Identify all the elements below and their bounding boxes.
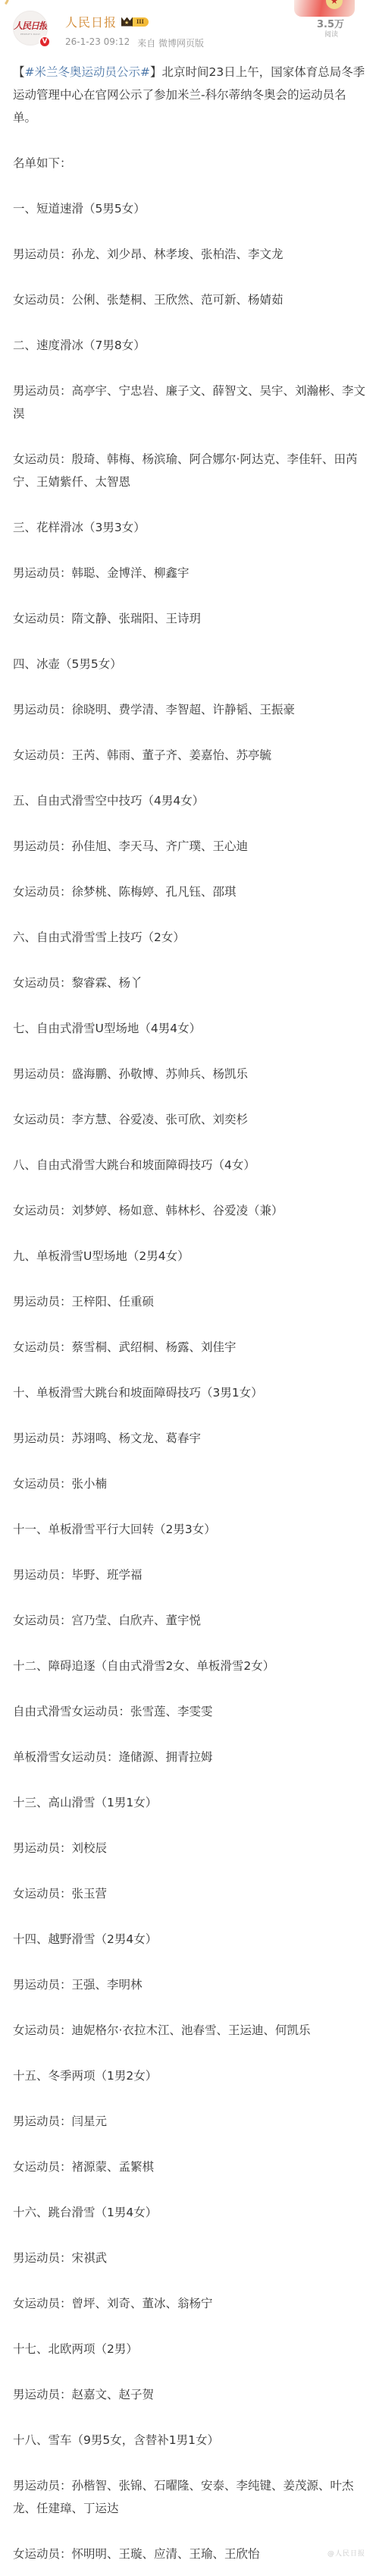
athlete-names: 隋文静、张瑞阳、王诗玥 xyxy=(72,612,202,625)
athlete-names: 韩聪、金博洋、柳鑫宇 xyxy=(72,566,189,580)
athlete-sections: 一、短道速滑（5男5女）男运动员：孙龙、刘少昂、林孝埈、张柏浩、李文龙女运动员：… xyxy=(13,197,366,2565)
athlete-group: 女运动员：怀明明、王璇、应清、王瑜、王欣怡 xyxy=(13,2543,366,2565)
author-name[interactable]: 人民日报 xyxy=(65,13,117,30)
athlete-names: 刘校辰 xyxy=(72,1841,108,1855)
athlete-group: 女运动员：张玉营 xyxy=(13,1882,366,1905)
section-title: 七、自由式滑雪U型场地（4男4女） xyxy=(13,1017,366,1040)
athlete-names: 徐晓明、费学清、李智超、许静韬、王振豪 xyxy=(72,703,296,716)
section-title: 十七、北欧两项（2男） xyxy=(13,2338,366,2360)
athlete-names: 毕野、班学福 xyxy=(72,1568,143,1582)
avatar-logo-text: 人民日报 xyxy=(14,21,47,30)
athlete-names: 徐梦桃、陈梅婷、孔凡钰、邵琪 xyxy=(72,885,236,899)
section-title: 三、花样滑冰（3男3女） xyxy=(13,516,366,539)
group-label: 男运动员： xyxy=(13,384,72,398)
athlete-names: 闫星元 xyxy=(72,2115,108,2128)
crown-icon: ★ xyxy=(121,17,133,27)
group-label: 男运动员： xyxy=(13,1978,72,1992)
avatar-subtext: PEOPLE'S DAILY xyxy=(20,33,40,36)
athlete-group: 男运动员：韩聪、金博洋、柳鑫宇 xyxy=(13,562,366,584)
athlete-names: 李方慧、谷爱凌、张可欣、刘奕杉 xyxy=(72,1113,249,1126)
section-title: 十二、障碍追逐（自由式滑雪2女、单板滑雪2女） xyxy=(13,1655,366,1677)
decorative-arc xyxy=(0,0,9,8)
group-label: 女运动员： xyxy=(13,976,72,990)
section-title: 一、短道速滑（5男5女） xyxy=(13,197,366,220)
athlete-group: 男运动员：苏翊鸣、杨文龙、葛春宇 xyxy=(13,1427,366,1450)
group-label: 男运动员： xyxy=(13,1067,72,1081)
athlete-names: 刘梦婷、杨如意、韩林杉、谷爱凌（兼） xyxy=(72,1204,283,1217)
section-title: 十一、单板滑雪平行大回转（2男3女） xyxy=(13,1518,366,1541)
athlete-group: 单板滑雪女运动员：逄储源、拥青拉姆 xyxy=(13,1746,366,1768)
group-label: 女运动员： xyxy=(13,452,72,466)
athlete-names: 孙龙、刘少昂、林孝埈、张柏浩、李文龙 xyxy=(72,247,283,261)
group-label: 自由式滑雪女运动员： xyxy=(13,1705,130,1718)
athlete-names: 宋祺武 xyxy=(72,2251,108,2265)
author-row: 人民日报 ★ III xyxy=(65,13,149,30)
group-label: 男运动员： xyxy=(13,2251,72,2265)
athlete-group: 女运动员：隋文静、张瑞阳、王诗玥 xyxy=(13,607,366,630)
athlete-names: 宫乃莹、白欣卉、董宇悦 xyxy=(72,1614,202,1627)
group-label: 女运动员： xyxy=(13,612,72,625)
athlete-group: 女运动员：褚源蒙、孟繁棋 xyxy=(13,2156,366,2178)
section-title: 二、速度滑冰（7男8女） xyxy=(13,334,366,357)
post-timestamp[interactable]: 26-1-23 09:12 xyxy=(65,36,130,49)
group-label: 女运动员： xyxy=(13,748,72,762)
athlete-names: 王芮、韩雨、董子齐、姜嘉怡、苏亭毓 xyxy=(72,748,272,762)
post-header: 人民日报 PEOPLE'S DAILY V 人民日报 ★ III 26-1-23… xyxy=(0,0,379,55)
athlete-group: 女运动员：刘梦婷、杨如意、韩林杉、谷爱凌（兼） xyxy=(13,1199,366,1222)
athlete-group: 男运动员：徐晓明、费学清、李智超、许静韬、王振豪 xyxy=(13,698,366,721)
athlete-names: 张小楠 xyxy=(72,1477,108,1491)
athlete-names: 黎睿霖、杨丫 xyxy=(72,976,143,990)
athlete-group: 女运动员：曾坪、刘奇、董冰、翁杨宁 xyxy=(13,2292,366,2315)
athlete-group: 男运动员：毕野、班学福 xyxy=(13,1564,366,1586)
athlete-names: 苏翊鸣、杨文龙、葛春宇 xyxy=(72,1431,202,1445)
group-label: 男运动员： xyxy=(13,2115,72,2128)
athlete-group: 女运动员：王芮、韩雨、董子齐、姜嘉怡、苏亭毓 xyxy=(13,744,366,767)
athlete-names: 曾坪、刘奇、董冰、翁杨宁 xyxy=(72,2297,213,2310)
section-title: 十六、跳台滑雪（1男4女） xyxy=(13,2201,366,2224)
list-heading: 名单如下： xyxy=(13,152,366,175)
bracket-close: 】 xyxy=(150,65,162,79)
group-label: 女运动员： xyxy=(13,293,72,307)
group-label: 女运动员： xyxy=(13,1477,72,1491)
athlete-group: 女运动员：徐梦桃、陈梅婷、孔凡钰、邵琪 xyxy=(13,880,366,903)
athlete-names: 王梓阳、任重硕 xyxy=(72,1295,155,1308)
section-title: 十四、越野滑雪（2男4女） xyxy=(13,1928,366,1951)
post-intro: 【#米兰冬奥运动员公示#】北京时间23日上午，国家体育总局冬季运动管理中心在官网… xyxy=(13,61,366,129)
banner-decoration xyxy=(294,0,355,17)
section-title: 十三、高山滑雪（1男1女） xyxy=(13,1791,366,1814)
group-label: 男运动员： xyxy=(13,566,72,580)
athlete-group: 男运动员：宋祺武 xyxy=(13,2247,366,2269)
athlete-names: 王强、李明林 xyxy=(72,1978,143,1992)
athlete-group: 男运动员：孙龙、刘少昂、林孝埈、张柏浩、李文龙 xyxy=(13,243,366,266)
group-label: 女运动员： xyxy=(13,2160,72,2174)
section-title: 九、单板滑雪U型场地（2男4女） xyxy=(13,1245,366,1268)
group-label: 女运动员： xyxy=(13,885,72,899)
athlete-group: 男运动员：孙佳旭、李天马、齐广璞、王心迪 xyxy=(13,835,366,858)
group-label: 男运动员： xyxy=(13,1295,72,1308)
athlete-group: 女运动员：张小楠 xyxy=(13,1472,366,1495)
athlete-group: 女运动员：公俐、张楚桐、王欣然、范可新、杨婧茹 xyxy=(13,288,366,311)
section-title: 八、自由式滑雪大跳台和坡面障碍技巧（4女） xyxy=(13,1154,366,1176)
athlete-group: 自由式滑雪女运动员：张雪莲、李雯雯 xyxy=(13,1700,366,1723)
section-title: 五、自由式滑雪空中技巧（4男4女） xyxy=(13,789,366,812)
section-title: 十五、冬季两项（1男2女） xyxy=(13,2064,366,2087)
read-count-card: ★ 3.5万 阅读 xyxy=(279,0,355,39)
avatar[interactable]: 人民日报 PEOPLE'S DAILY V xyxy=(13,11,48,46)
athlete-group: 女运动员：黎睿霖、杨丫 xyxy=(13,972,366,994)
athlete-group: 女运动员：蔡雪桐、武绍桐、杨露、刘佳宇 xyxy=(13,1336,366,1359)
section-title: 十、单板滑雪大跳台和坡面障碍技巧（3男1女） xyxy=(13,1381,366,1404)
athlete-names: 赵嘉文、赵子贺 xyxy=(72,2388,155,2401)
athlete-group: 男运动员：高亭宇、宁忠岩、廉子文、薛智文、吴宇、刘瀚彬、李文淏 xyxy=(13,379,366,425)
athlete-names: 盛海鹏、孙敬博、苏帅兵、杨凯乐 xyxy=(72,1067,249,1081)
athlete-names: 孙佳旭、李天马、齐广璞、王心迪 xyxy=(72,839,249,853)
athlete-group: 女运动员：殷琦、韩梅、杨滨瑜、阿合娜尔·阿达克、李佳轩、田芮宁、王婧紫仟、太智恩 xyxy=(13,448,366,493)
group-label: 女运动员： xyxy=(13,2297,72,2310)
weibo-post: 人民日报 PEOPLE'S DAILY V 人民日报 ★ III 26-1-23… xyxy=(0,0,379,2576)
group-label: 男运动员： xyxy=(13,1568,72,1582)
athlete-names: 张雪莲、李雯雯 xyxy=(130,1705,213,1718)
read-label: 阅读 xyxy=(324,29,338,39)
group-label: 男运动员： xyxy=(13,1841,72,1855)
athlete-names: 怀明明、王璇、应清、王瑜、王欣怡 xyxy=(72,2547,260,2561)
group-label: 男运动员： xyxy=(13,247,72,261)
group-label: 女运动员： xyxy=(13,1340,72,1354)
verified-icon: V xyxy=(39,36,51,48)
athlete-names: 蔡雪桐、武绍桐、杨露、刘佳宇 xyxy=(72,1340,236,1354)
athlete-group: 男运动员：盛海鹏、孙敬博、苏帅兵、杨凯乐 xyxy=(13,1063,366,1085)
group-label: 女运动员： xyxy=(13,1204,72,1217)
athlete-names: 公俐、张楚桐、王欣然、范可新、杨婧茹 xyxy=(72,293,283,307)
group-label: 男运动员： xyxy=(13,2479,72,2493)
post-meta: 26-1-23 09:12 来自 微博网页版 xyxy=(65,36,204,49)
athlete-group: 女运动员：迪妮格尔·衣拉木江、池春雪、王运迪、何凯乐 xyxy=(13,2019,366,2042)
group-label: 女运动员： xyxy=(13,1614,72,1627)
watermark: @人民日报 xyxy=(327,2548,365,2558)
group-label: 男运动员： xyxy=(13,2388,72,2401)
level-badge: III xyxy=(132,17,149,27)
member-badge[interactable]: ★ III xyxy=(121,17,149,27)
group-label: 女运动员： xyxy=(13,2023,72,2037)
section-title: 十八、雪车（9男5女，含替补1男1女） xyxy=(13,2429,366,2452)
post-content: 【#米兰冬奥运动员公示#】北京时间23日上午，国家体育总局冬季运动管理中心在官网… xyxy=(0,55,379,2565)
athlete-group: 男运动员：赵嘉文、赵子贺 xyxy=(13,2383,366,2406)
athlete-group: 女运动员：宫乃莹、白欣卉、董宇悦 xyxy=(13,1609,366,1632)
athlete-names: 褚源蒙、孟繁棋 xyxy=(72,2160,155,2174)
group-label: 男运动员： xyxy=(13,839,72,853)
athlete-names: 迪妮格尔·衣拉木江、池春雪、王运迪、何凯乐 xyxy=(72,2023,311,2037)
group-label: 女运动员： xyxy=(13,1887,72,1901)
bracket-open: 【 xyxy=(13,65,25,79)
athlete-group: 男运动员：王强、李明林 xyxy=(13,1973,366,1996)
section-title: 四、冰壶（5男5女） xyxy=(13,653,366,675)
section-title: 六、自由式滑雪雪上技巧（2女） xyxy=(13,926,366,949)
athlete-group: 男运动员：闫星元 xyxy=(13,2110,366,2133)
athlete-names: 逄储源、拥青拉姆 xyxy=(119,1750,213,1764)
group-label: 男运动员： xyxy=(13,703,72,716)
athlete-group: 男运动员：王梓阳、任重硕 xyxy=(13,1290,366,1313)
hashtag-link[interactable]: #米兰冬奥运动员公示# xyxy=(25,65,150,79)
athlete-group: 女运动员：李方慧、谷爱凌、张可欣、刘奕杉 xyxy=(13,1108,366,1131)
athlete-group: 男运动员：孙楷智、张锦、石曜隆、安泰、李纯键、姜茂源、叶杰龙、任建璋、丁运达 xyxy=(13,2474,366,2520)
athlete-group: 男运动员：刘校辰 xyxy=(13,1837,366,1860)
athlete-names: 张玉营 xyxy=(72,1887,108,1901)
post-source: 来自 微博网页版 xyxy=(137,36,204,49)
group-label: 女运动员： xyxy=(13,1113,72,1126)
group-label: 女运动员： xyxy=(13,2547,72,2561)
group-label: 男运动员： xyxy=(13,1431,72,1445)
group-label: 单板滑雪女运动员： xyxy=(13,1750,119,1764)
